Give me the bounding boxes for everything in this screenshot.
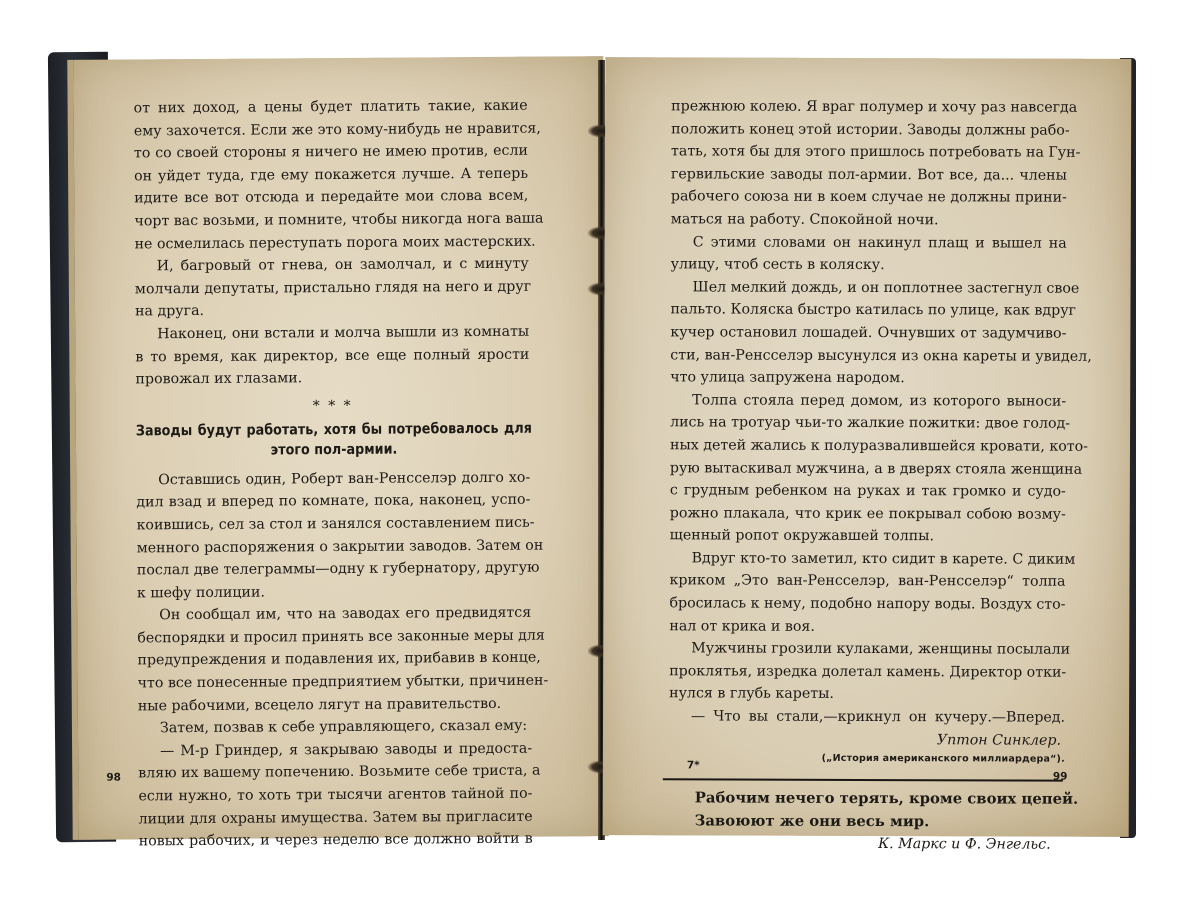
text-line: — Что вы стали,—крикнул он кучеру.—Впере…: [669, 705, 1065, 729]
text-line: бросилась к нему, подобно напору воды. В…: [669, 592, 1065, 616]
text-line: он уйдет туда, где ему покажется лучше. …: [134, 162, 528, 187]
text-line: Толпа стояла перед домом, из которого вы…: [670, 389, 1066, 413]
text-line: маться на работу. Спокойной ночи.: [671, 208, 1067, 232]
text-line: С этими словами он накинул плащ и вышел …: [671, 231, 1067, 255]
text-line: Он сообщал им, что на заводах его предви…: [137, 602, 531, 627]
horizontal-rule: [663, 779, 1063, 782]
text-line: рую вытаскивал мужчина, а в дверях стоял…: [670, 457, 1066, 481]
text-line: не осмелилась переступать порога моих ма…: [134, 230, 528, 255]
text-line: рожно плакала, что крик ее покрывал собо…: [670, 502, 1066, 526]
text-line: лись на тротуар чьи-то жалкие пожитки: д…: [670, 412, 1066, 436]
left-page: от них доход, а цены будет платить такие…: [67, 56, 608, 840]
text-line: ему захочется. Если же это кому-нибудь н…: [134, 117, 528, 142]
text-line: — М-р Гриндер, я закрываю заводы и предо…: [138, 737, 532, 762]
source-citation: („История американского миллиардера“).: [669, 751, 1065, 768]
page-number-left: 98: [106, 772, 121, 784]
open-book: от них доход, а цены будет платить такие…: [0, 0, 1183, 900]
text-line: что улица запружена народом.: [670, 366, 1066, 390]
text-line: на друга.: [135, 298, 529, 323]
text-line: в то время, как директор, все еще полный…: [135, 343, 529, 368]
text-line: менного распоряжения о закрытии заводов.…: [137, 534, 531, 559]
text-line: новых рабочих, и через неделю все должно…: [139, 828, 533, 853]
text-line: ных детей жались к полуразвалившейся кро…: [670, 434, 1066, 458]
text-line: нал от крика и воя.: [669, 615, 1065, 639]
motto-line: Завоюют же они весь мир.: [695, 810, 1065, 834]
left-page-text: от них доход, а цены будет платить такие…: [134, 95, 533, 854]
text-line: ные рабочими, всецело лягут на правитель…: [138, 692, 532, 717]
text-line: от них доход, а цены будет платить такие…: [134, 95, 528, 120]
text-line: провожал их глазами.: [135, 366, 529, 391]
right-page-text: прежнюю колею. Я враг полумер и хочу раз…: [669, 95, 1068, 856]
motto-author: К. Маркс и Ф. Энгельс.: [669, 833, 1065, 857]
heading-line: этого пол-армии.: [136, 438, 532, 461]
text-line: коившись, сел за стол и занялся составле…: [136, 512, 530, 537]
text-line: улицу, чтоб сесть в коляску.: [671, 253, 1067, 277]
text-line: щенный ропот окружавшей толпы.: [670, 525, 1066, 549]
motto-line: Рабочим нечего терять, кроме своих цепей…: [695, 787, 1065, 811]
text-line: рабочего союза ни в коем случае не должн…: [671, 186, 1067, 210]
text-line: Мужчины грозили кулаками, женщины посыла…: [669, 638, 1065, 662]
text-line: Оставшись один, Роберт ван-Ренсселэр дол…: [136, 466, 530, 491]
text-line: Затем, позвав к себе управляющего, сказа…: [138, 715, 532, 740]
text-line: Наконец, они встали и молча вышли из ком…: [135, 321, 529, 346]
text-line: молчали депутаты, пристально глядя на не…: [135, 275, 529, 300]
text-line: к шефу полиции.: [137, 579, 531, 604]
text-line: идите все вот отсюда и передайте мои сло…: [134, 185, 528, 210]
printer-signature-mark: 7*: [687, 759, 700, 771]
motto-quote: Рабочим нечего терять, кроме своих цепей…: [669, 787, 1065, 834]
text-line: Вдруг кто-то заметил, кто сидит в карете…: [670, 547, 1066, 571]
text-line: кучер остановил лошадей. Очнувших от зад…: [670, 321, 1066, 345]
text-line: вляю их вашему попечению. Возьмите себе …: [138, 760, 532, 785]
text-line: проклятья, изредка долетал камень. Дирек…: [669, 660, 1065, 684]
text-line: послал две телеграммы—одну к губернатору…: [137, 557, 531, 582]
text-line: пальто. Коляска быстро катилась по улице…: [670, 299, 1066, 323]
text-line: прежнюю колею. Я враг полумер и хочу раз…: [671, 95, 1067, 119]
text-line: предупреждения и подавления их, прибавив…: [137, 647, 531, 672]
text-line: если нужно, то хоть три тысячи агентов т…: [138, 783, 532, 808]
text-line: нулся в глубь кареты.: [669, 683, 1065, 707]
text-line: лиции для охраны имущества. Затем вы при…: [139, 805, 533, 830]
text-line: то со своей стороны я ничего не имею про…: [134, 140, 528, 165]
text-line: криком „Это ван-Ренсселэр, ван-Ренсселэр…: [669, 570, 1065, 594]
text-line: чорт вас возьми, и помните, чтобы никогд…: [134, 208, 528, 233]
text-line: Шел мелкий дождь, и он поплотнее застегн…: [671, 276, 1067, 300]
text-line: дил взад и вперед по комнате, пока, нако…: [136, 489, 530, 514]
text-line: И, багровый от гнева, он замолчал, и с м…: [135, 253, 529, 278]
text-line: тать, хотя бы для этого пришлось потребо…: [671, 141, 1067, 165]
heading-line: Заводы будут работать, хотя бы потребова…: [136, 418, 532, 441]
section-heading: Заводы будут работать, хотя бы потребова…: [136, 418, 532, 461]
right-page: прежнюю колею. Я враг полумер и хочу раз…: [603, 57, 1132, 837]
page-number-right: 99: [1053, 771, 1068, 783]
author-signature: Уптон Синклер.: [669, 728, 1065, 752]
text-line: положить конец этой истории. Заводы долж…: [671, 118, 1067, 142]
text-line: беспорядки и просил принять все законные…: [137, 625, 531, 650]
text-line: сти, ван-Ренсселэр высунулся из окна кар…: [670, 344, 1066, 368]
text-line: с грудным ребенком на руках и так громко…: [670, 479, 1066, 503]
text-line: что все понесенные предприятием убытки, …: [138, 670, 532, 695]
text-line: гервильские заводы пол-армии. Вот все, д…: [671, 163, 1067, 187]
section-separator-stars: * * *: [136, 398, 530, 413]
